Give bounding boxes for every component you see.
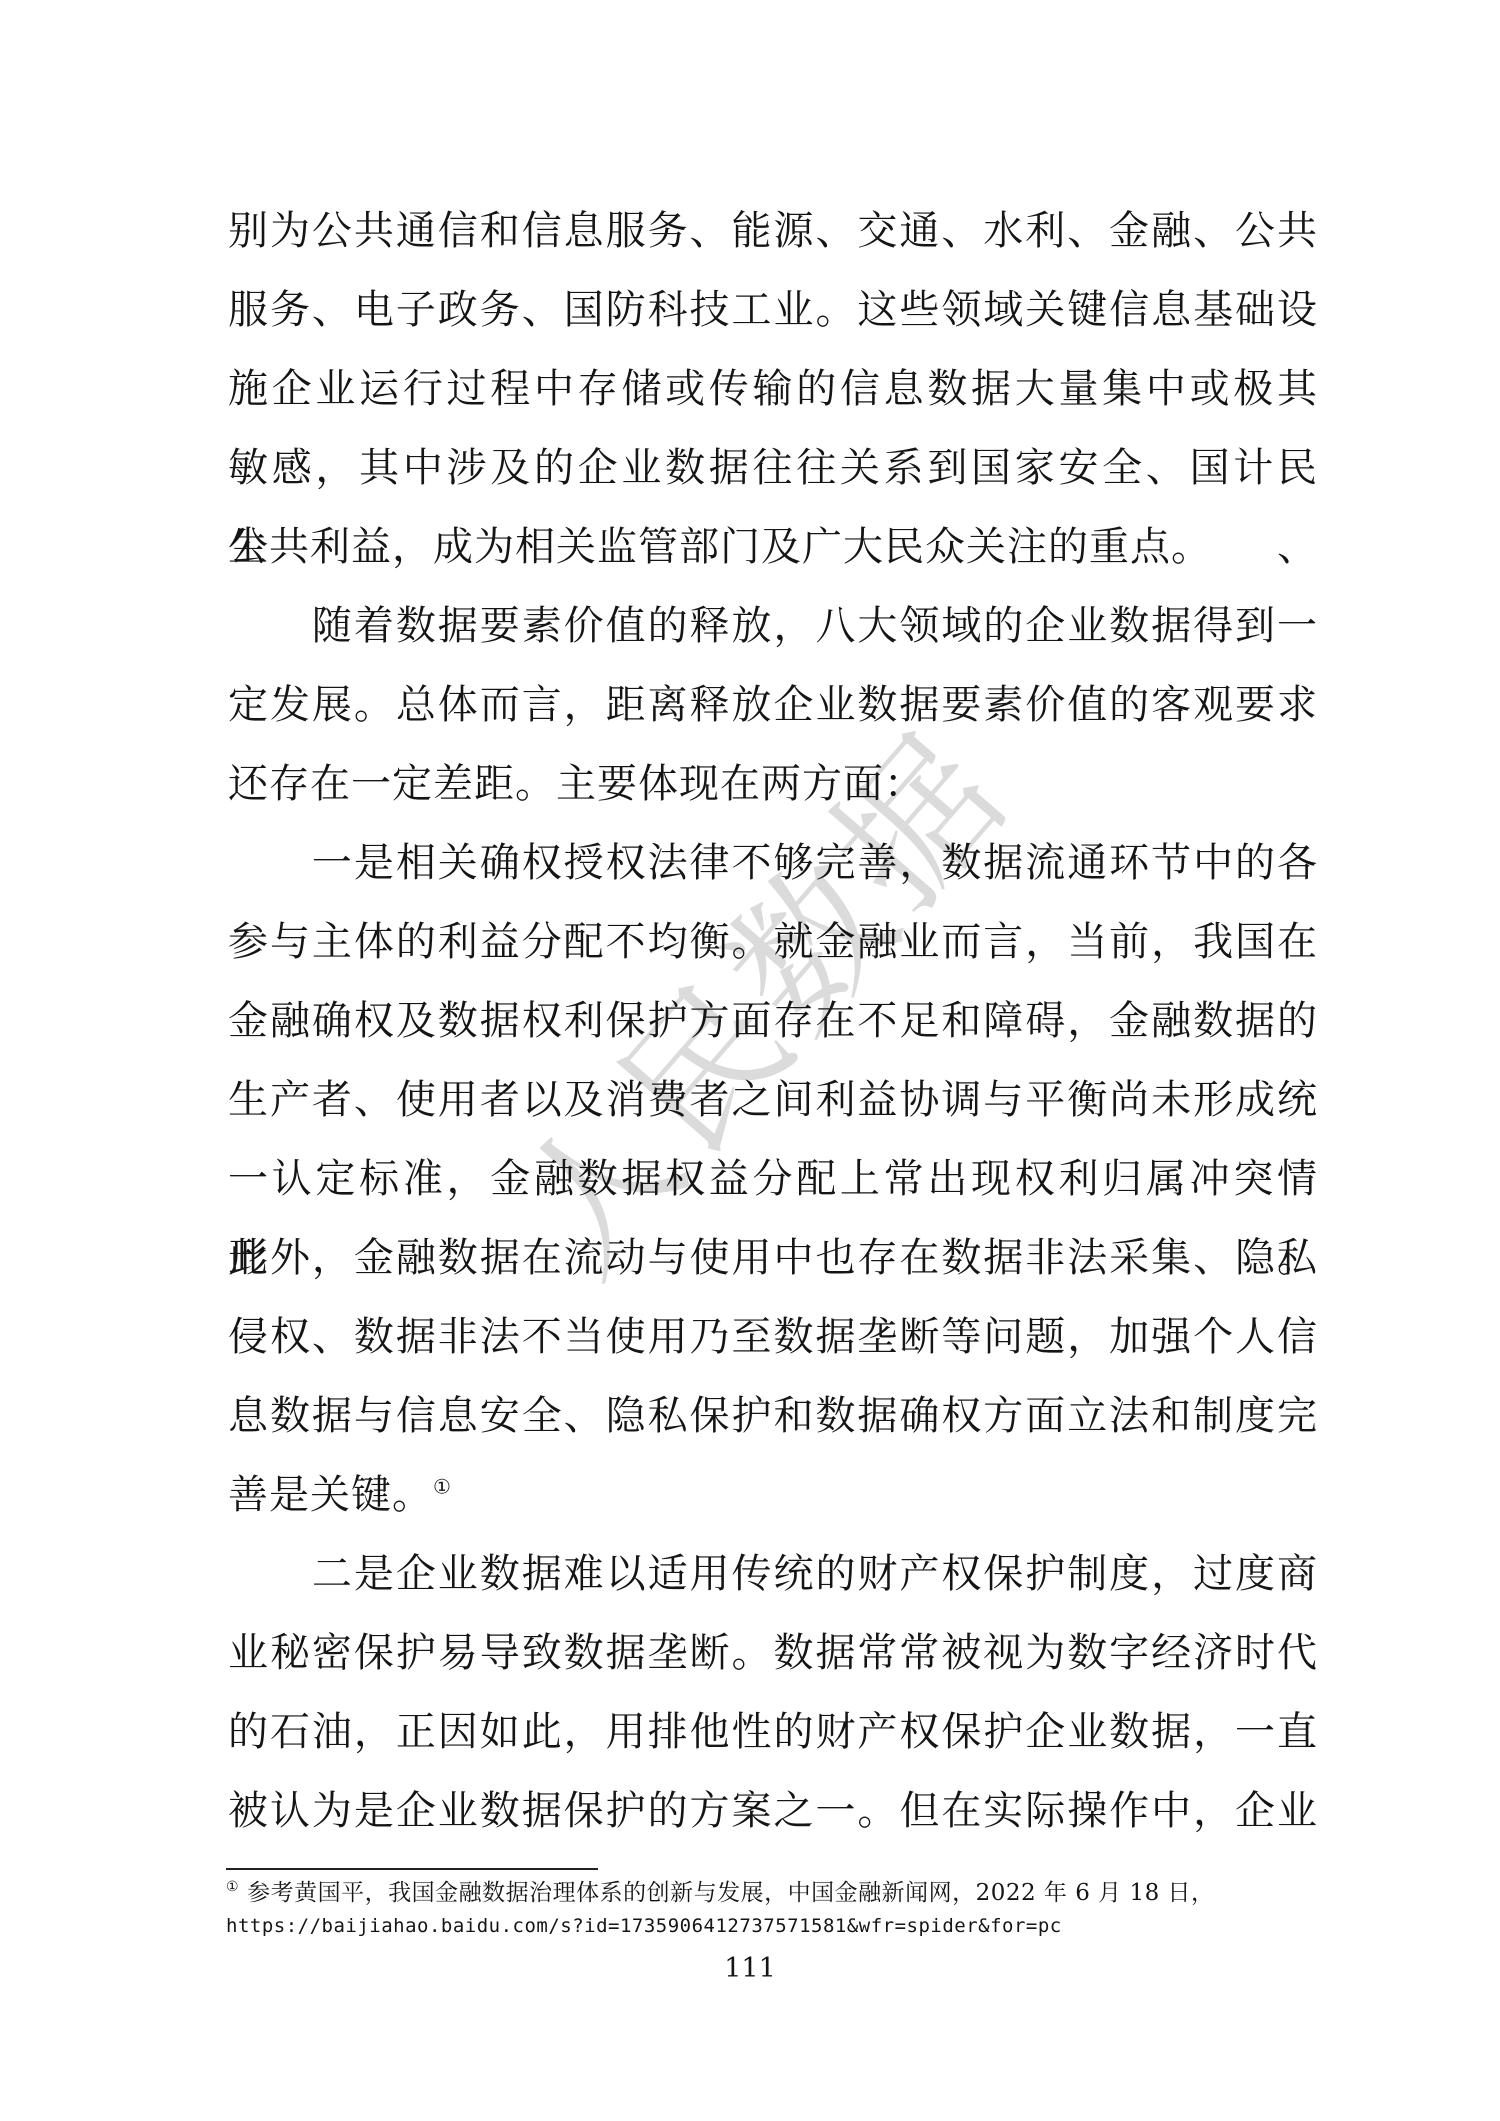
- text-line: 此外，金融数据在流动与使用中也存在数据非法采集、隐私: [228, 1219, 1318, 1298]
- body-text: 别为公共通信和信息服务、能源、交通、水利、金融、公共服务、电子政务、国防科技工业…: [228, 192, 1318, 1851]
- text-line: 息数据与信息安全、隐私保护和数据确权方面立法和制度完: [228, 1377, 1318, 1456]
- page-number: 111: [0, 1953, 1500, 1984]
- footnote-url: https://baijiahao.baidu.com/s?id=1735906…: [226, 1910, 1326, 1943]
- text-line: 生产者、使用者以及消费者之间利益协调与平衡尚未形成统: [228, 1061, 1318, 1140]
- text-line: 一认定标准，金融数据权益分配上常出现权利归属冲突情形。: [228, 1140, 1318, 1219]
- text-line: 施企业运行过程中存储或传输的信息数据大量集中或极其: [228, 350, 1318, 429]
- footnote-marker: ①: [226, 1879, 239, 1895]
- text-line: 参与主体的利益分配不均衡。就金融业而言，当前，我国在: [228, 903, 1318, 982]
- text-line: 别为公共通信和信息服务、能源、交通、水利、金融、公共: [228, 192, 1318, 271]
- footnote-line: ①参考黄国平，我国金融数据治理体系的创新与发展，中国金融新闻网，2022 年 6…: [226, 1877, 1326, 1910]
- text-line: 善是关键。①: [228, 1456, 1318, 1535]
- text-line-segment: 善是关键。: [228, 1472, 433, 1518]
- text-line: 一是相关确权授权法律不够完善，数据流通环节中的各: [228, 824, 1318, 903]
- footnote-text: 参考黄国平，我国金融数据治理体系的创新与发展，中国金融新闻网，2022 年 6 …: [247, 1880, 1215, 1906]
- footnote: ①参考黄国平，我国金融数据治理体系的创新与发展，中国金融新闻网，2022 年 6…: [226, 1877, 1326, 1943]
- text-line: 随着数据要素价值的释放，八大领域的企业数据得到一: [228, 587, 1318, 666]
- text-line: 敏感，其中涉及的企业数据往往关系到国家安全、国计民生、: [228, 429, 1318, 508]
- text-line: 的石油，正因如此，用排他性的财产权保护企业数据，一直: [228, 1693, 1318, 1772]
- text-line: 定发展。总体而言，距离释放企业数据要素价值的客观要求: [228, 666, 1318, 745]
- text-line: 侵权、数据非法不当使用乃至数据垄断等问题，加强个人信: [228, 1298, 1318, 1377]
- footnote-ref: ①: [433, 1475, 452, 1499]
- text-line: 金融确权及数据权利保护方面存在不足和障碍，金融数据的: [228, 982, 1318, 1061]
- text-line: 二是企业数据难以适用传统的财产权保护制度，过度商: [228, 1535, 1318, 1614]
- text-line: 业秘密保护易导致数据垄断。数据常常被视为数字经济时代: [228, 1614, 1318, 1693]
- footnote-separator: [226, 1868, 598, 1870]
- document-page: 人民数据 别为公共通信和信息服务、能源、交通、水利、金融、公共服务、电子政务、国…: [0, 0, 1500, 2121]
- text-line: 公共利益，成为相关监管部门及广大民众关注的重点。: [228, 508, 1318, 587]
- text-line: 被认为是企业数据保护的方案之一。但在实际操作中，企业: [228, 1772, 1318, 1851]
- text-line: 还存在一定差距。主要体现在两方面：: [228, 745, 1318, 824]
- text-line: 服务、电子政务、国防科技工业。这些领域关键信息基础设: [228, 271, 1318, 350]
